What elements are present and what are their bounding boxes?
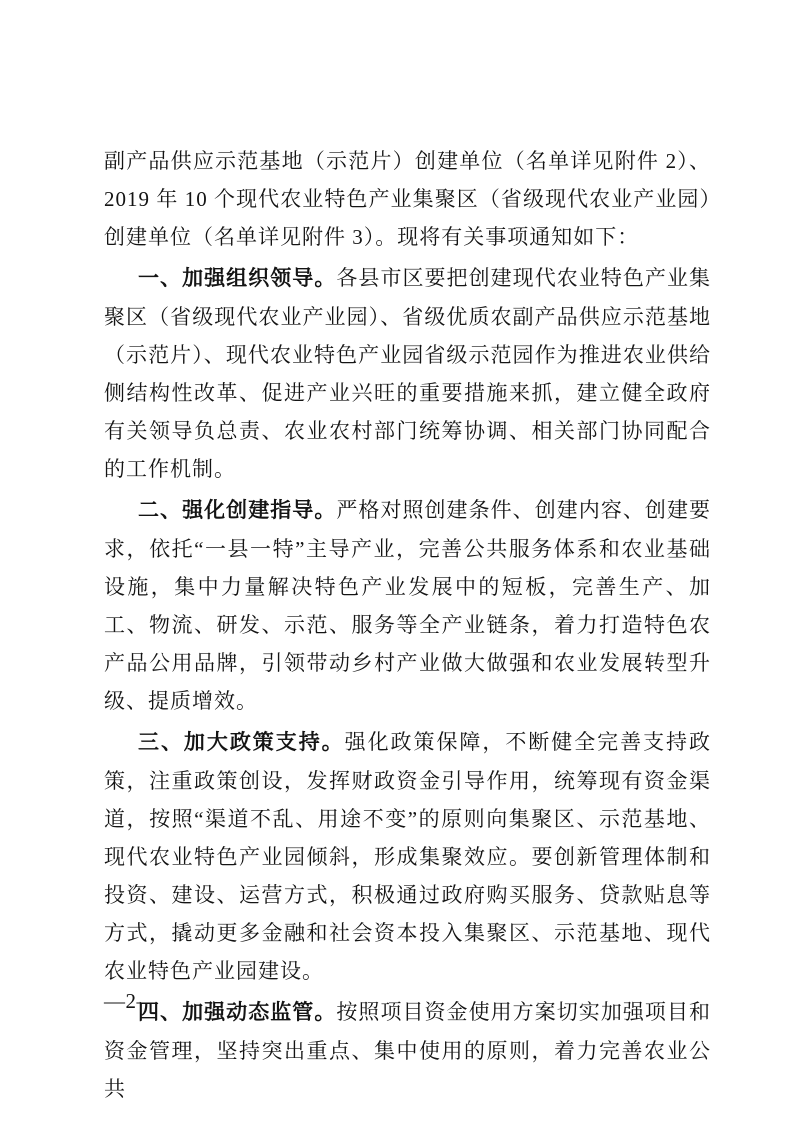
- section-2-body: 严格对照创建条件、创建内容、创建要求，依托“一县一特”主导产业，完善公共服务体系…: [104, 498, 711, 713]
- section-4-heading: 四、加强动态监管。: [138, 1001, 336, 1024]
- document-page: 副产品供应示范基地（示范片）创建单位（名单详见附件 2）、2019 年 10 个…: [0, 0, 793, 1122]
- intro-text: 副产品供应示范基地（示范片）创建单位（名单详见附件 2）、2019 年 10 个…: [104, 149, 711, 249]
- paragraph-section-2: 二、强化创建指导。严格对照创建条件、创建内容、创建要求，依托“一县一特”主导产业…: [104, 491, 711, 720]
- document-body: 副产品供应示范基地（示范片）创建单位（名单详见附件 2）、2019 年 10 个…: [104, 142, 711, 1108]
- section-3-body: 强化政策保障，不断健全完善支持政策，注重政策创设，发挥财政资金引导作用，统筹现有…: [104, 730, 711, 983]
- paragraph-section-1: 一、加强组织领导。各县市区要把创建现代农业特色产业集聚区（省级现代农业产业园）、…: [104, 259, 711, 488]
- paragraph-section-4: 四、加强动态监管。按照项目资金使用方案切实加强项目和资金管理，坚持突出重点、集中…: [104, 993, 711, 1108]
- section-1-heading: 一、加强组织领导。: [138, 267, 336, 290]
- section-2-heading: 二、强化创建指导。: [138, 499, 336, 522]
- page-number: —2—: [104, 986, 158, 1016]
- section-1-body: 各县市区要把创建现代农业特色产业集聚区（省级现代农业产业园）、省级优质农副产品供…: [104, 266, 711, 481]
- paragraph-intro: 副产品供应示范基地（示范片）创建单位（名单详见附件 2）、2019 年 10 个…: [104, 142, 711, 256]
- paragraph-section-3: 三、加大政策支持。强化政策保障，不断健全完善支持政策，注重政策创设，发挥财政资金…: [104, 723, 711, 990]
- section-3-heading: 三、加大政策支持。: [138, 731, 345, 754]
